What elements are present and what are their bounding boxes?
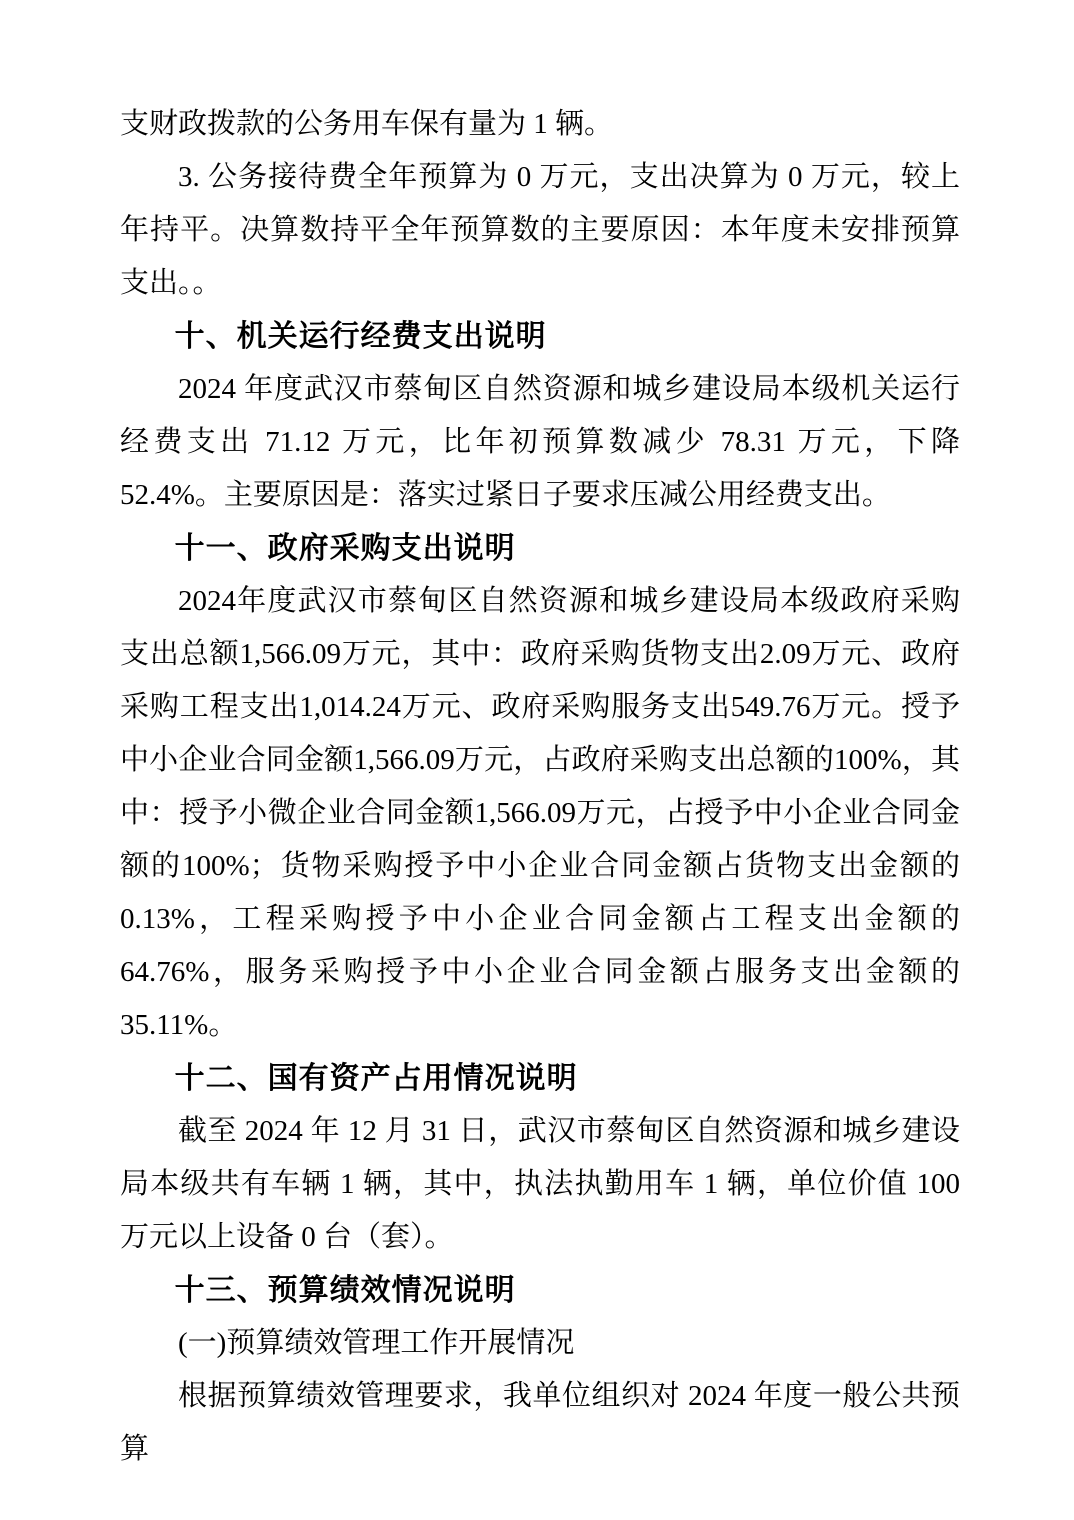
document-content: 支财政拨款的公务用车保有量为 1 辆。 3. 公务接待费全年预算为 0 万元，支… <box>120 98 960 1476</box>
subheading-performance-management: (一)预算绩效管理工作开展情况 <box>120 1317 960 1370</box>
paragraph-operating-expenses: 2024 年度武汉市蔡甸区自然资源和城乡建设局本级机关运行经费支出 71.12 … <box>120 363 960 522</box>
document-page: 支财政拨款的公务用车保有量为 1 辆。 3. 公务接待费全年预算为 0 万元，支… <box>0 0 1074 1520</box>
paragraph-official-reception-expense: 3. 公务接待费全年预算为 0 万元，支出决算为 0 万元，较上年持平。决算数持… <box>120 151 960 310</box>
heading-section-13-budget-performance: 十三、预算绩效情况说明 <box>120 1264 960 1317</box>
paragraph-performance-management-intro: 根据预算绩效管理要求，我单位组织对 2024 年度一般公共预算 <box>120 1370 960 1476</box>
heading-section-12-state-assets: 十二、国有资产占用情况说明 <box>120 1052 960 1105</box>
heading-section-10-operating-expenses: 十、机关运行经费支出说明 <box>120 310 960 363</box>
heading-section-11-government-procurement: 十一、政府采购支出说明 <box>120 522 960 575</box>
paragraph-vehicle-count-continuation: 支财政拨款的公务用车保有量为 1 辆。 <box>120 98 960 151</box>
paragraph-state-assets: 截至 2024 年 12 月 31 日，武汉市蔡甸区自然资源和城乡建设局本级共有… <box>120 1105 960 1264</box>
paragraph-government-procurement: 2024年度武汉市蔡甸区自然资源和城乡建设局本级政府采购支出总额1,566.09… <box>120 575 960 1052</box>
